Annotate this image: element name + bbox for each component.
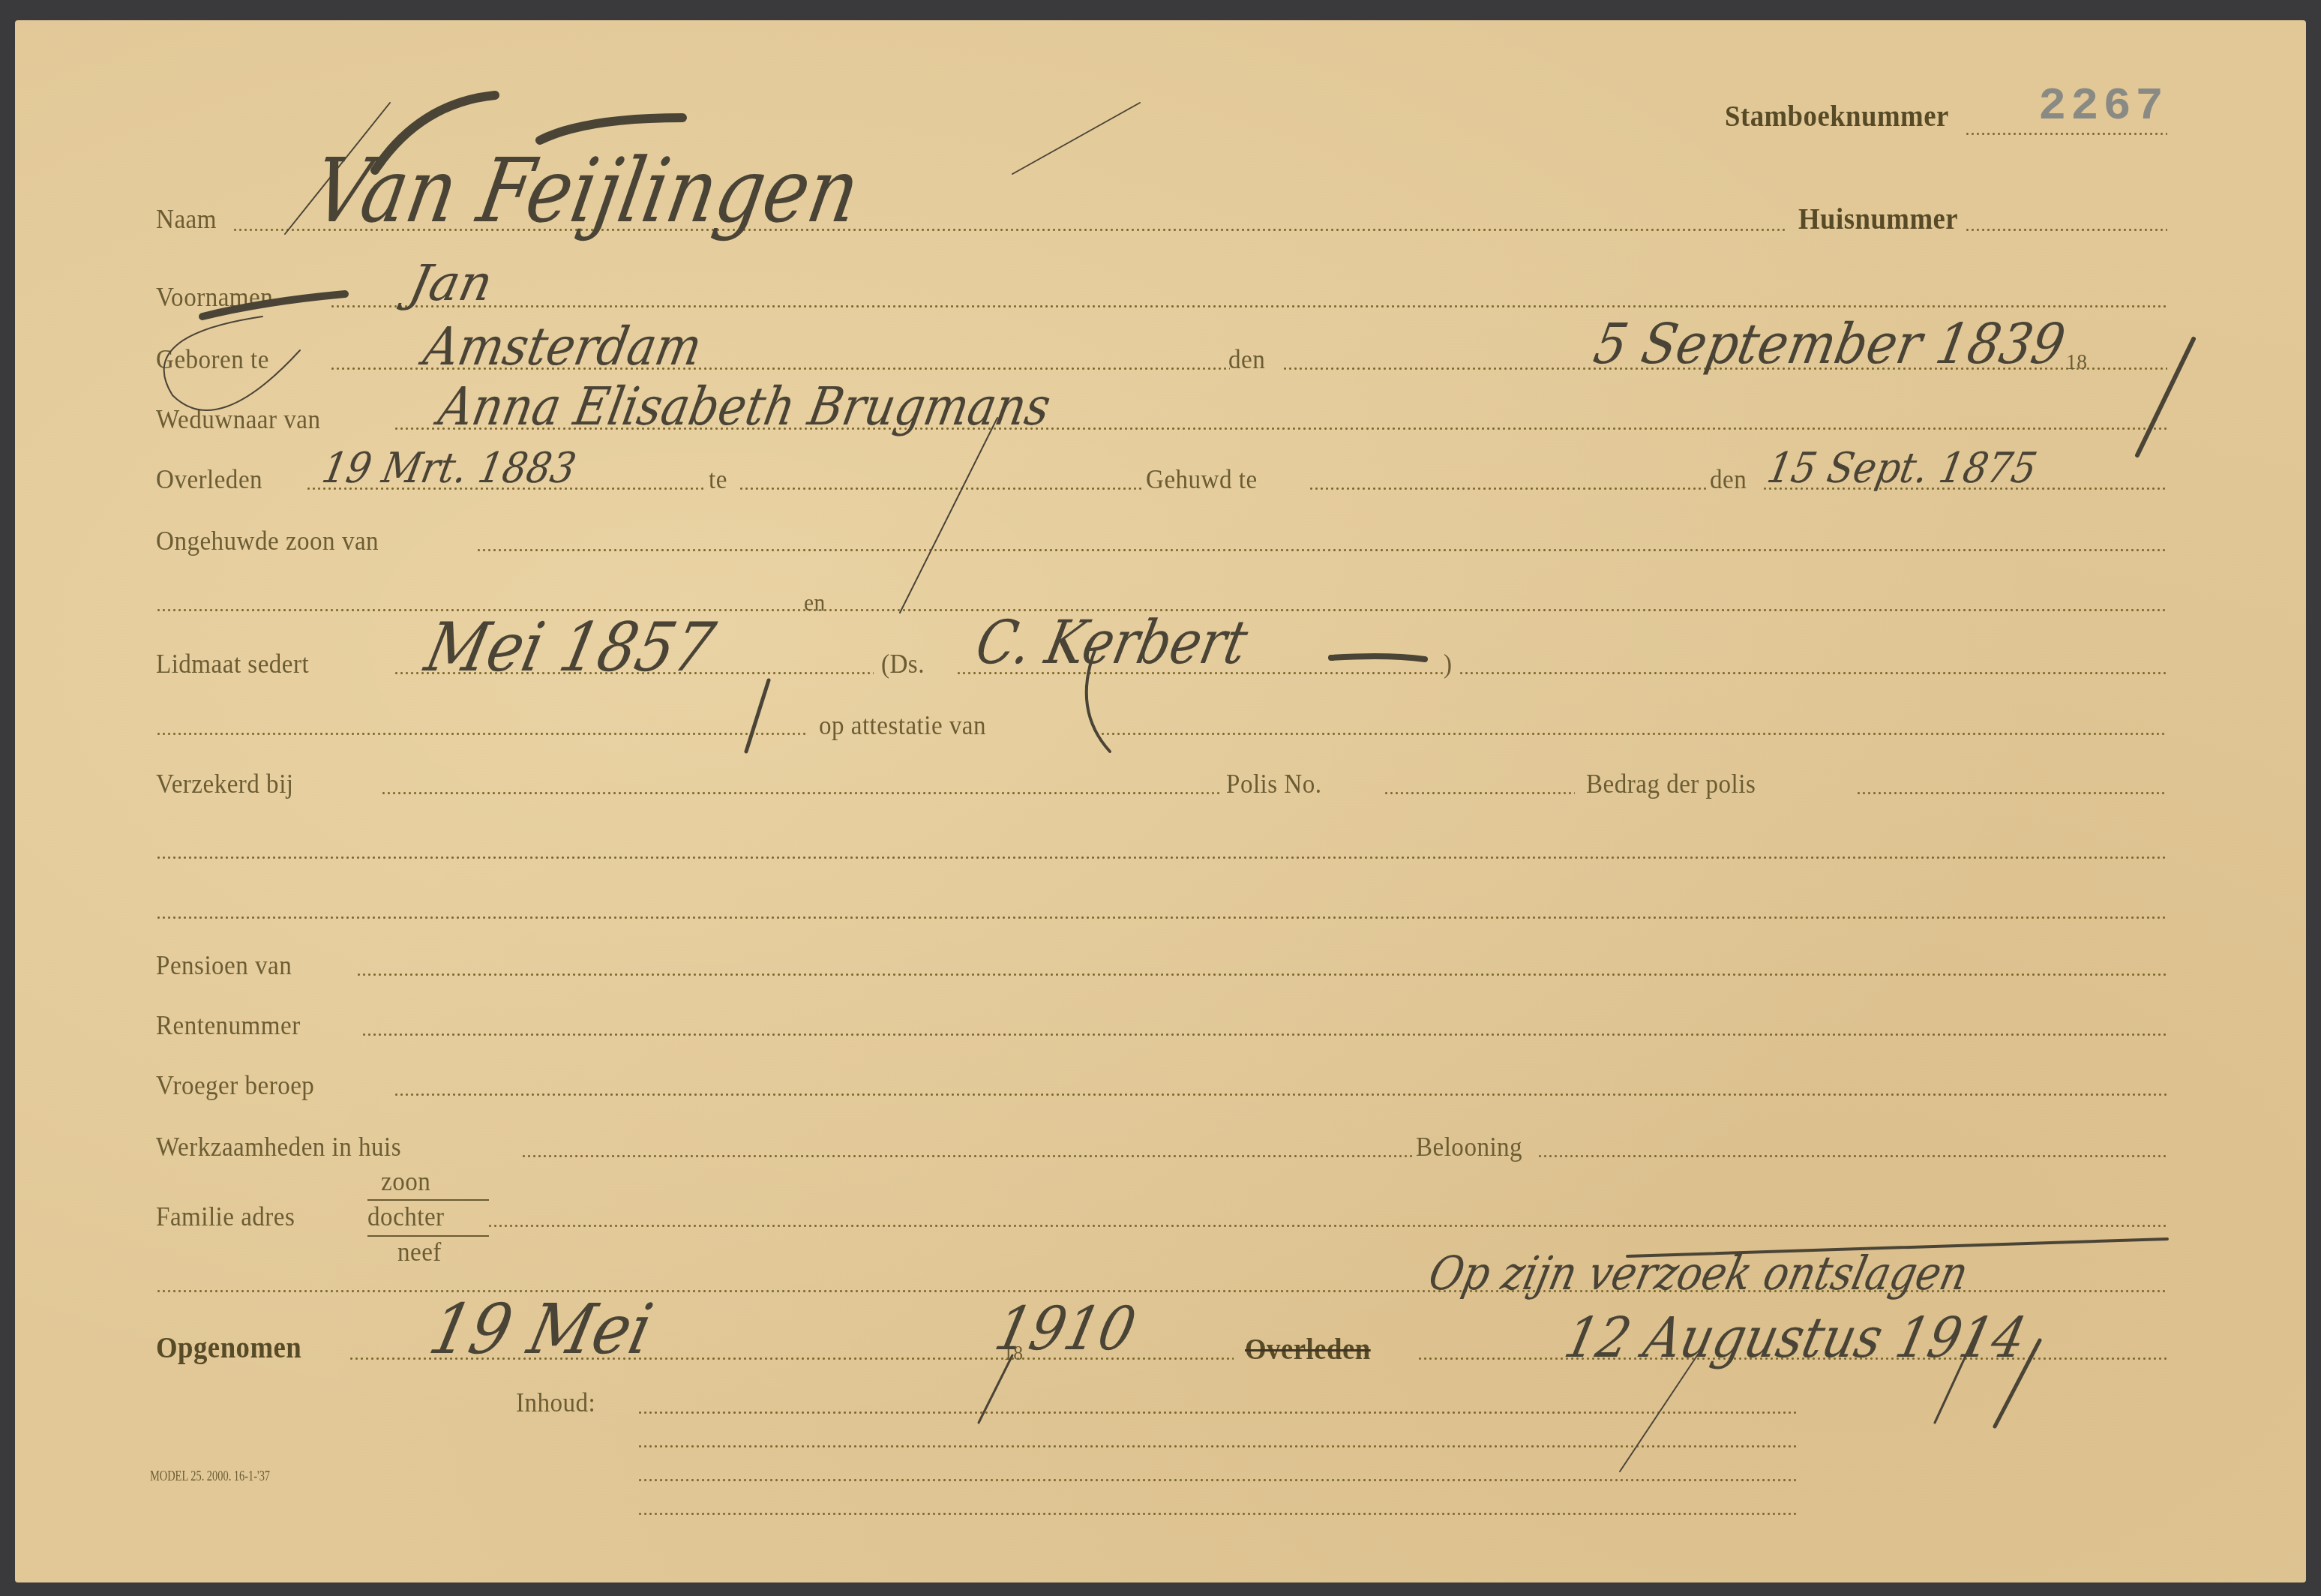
handwriting-flourishes: [15, 20, 2306, 1582]
index-card: Stamboeknummer 2267 Naam Huisnummer Van …: [15, 20, 2306, 1582]
